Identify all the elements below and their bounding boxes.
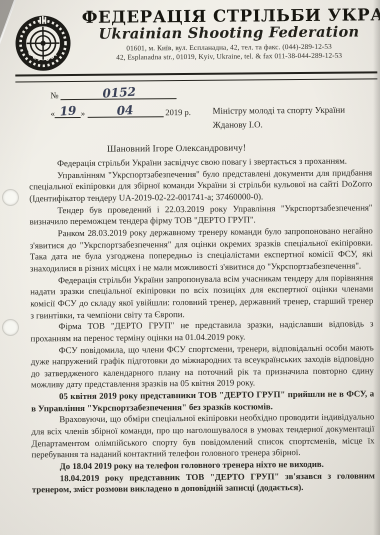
addressee-title: Міністру молоді та спорту України [213, 103, 373, 118]
letterhead-divider [15, 71, 377, 82]
date-year: 2019 р. [165, 107, 191, 117]
quote-close: » [81, 108, 85, 118]
letter-photo: ФСУ USF ФЕДЕРАЦІЯ СТРІЛЬБИ УКРАЇНИ Ukrai… [0, 0, 380, 535]
date-month-handwritten: 04 [117, 103, 135, 118]
address-english: 42, Esplanadna str., 01019, Kyiv, Ukrain… [82, 51, 376, 63]
letter-paragraph: Враховуючи, що обміри спеціальної екіпір… [31, 412, 374, 462]
letter-body: Федерація стрільби України засвідчує сво… [29, 155, 375, 496]
letter-paragraph: ФСУ повідомила, що члени ФСУ спортсмени,… [31, 342, 374, 392]
reference-block: № 0152 «19» 04 2019 р. [50, 84, 191, 118]
letter-paragraph: 18.04.2019 року представник ТОВ "ДЕРТО Г… [32, 470, 375, 496]
letter-paragraph: Фірма ТОВ "ДЕРТО ГРУП" не представила зр… [30, 319, 373, 345]
addressee-name: Жданову І.О. [213, 117, 373, 132]
date-day-handwritten: 19 [59, 104, 77, 119]
salutation: Шановний Ігоре Олександровичу! [107, 144, 246, 155]
letter-paragraph: 05 квітня 2019 року представники ТОВ "ДЕ… [31, 389, 374, 415]
ref-number-handwritten: 0152 [102, 85, 136, 101]
letter-paper: ФСУ USF ФЕДЕРАЦІЯ СТРІЛЬБИ УКРАЇНИ Ukrai… [0, 0, 380, 535]
trident-icon [39, 16, 46, 24]
ref-number-label: № [50, 90, 58, 100]
addressee-block: Міністру молоді та спорту України Жданов… [213, 103, 373, 131]
letterhead: ФЕДЕРАЦІЯ СТРІЛЬБИ УКРАЇНИ Ukrainian Sho… [82, 5, 376, 63]
letter-paragraph: Ранком 28.03.2019 року державному тренер… [30, 225, 373, 275]
letter-paragraph: Управлінням "Укрспортзабезпечення" було … [29, 167, 372, 205]
org-name-english: Ukrainian Shooting Federation [82, 23, 376, 43]
letter-paragraph: Тендер був проведений і 22.03.2019 року … [29, 202, 372, 228]
letter-paragraph: Федерація стрільби України запропонувала… [30, 272, 373, 322]
photo-edge-shadow [373, 0, 380, 535]
federation-emblem-icon: ФСУ USF [14, 14, 73, 73]
